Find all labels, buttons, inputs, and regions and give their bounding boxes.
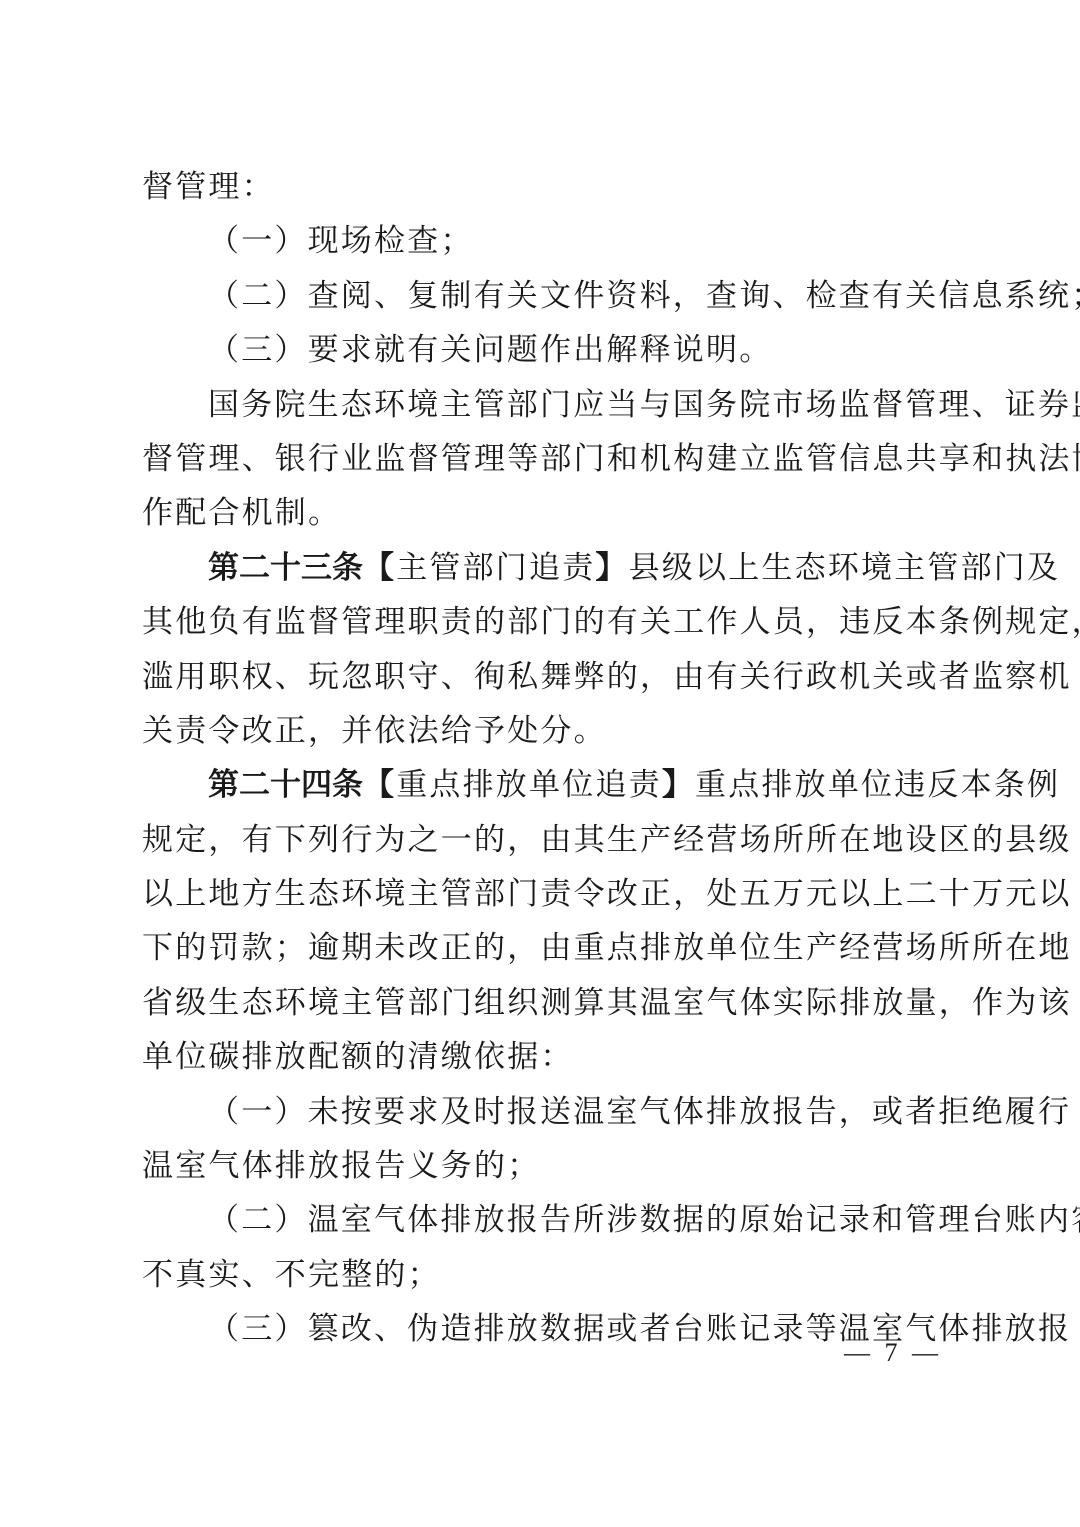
paragraph-line: 以上地方生态环境主管部门责令改正，处五万元以上二十万元以 [142,867,942,921]
article-text: 重点排放单位违反本条例 [695,767,1060,803]
page-number: — 7 — [838,1338,948,1368]
paragraph-line: 单位碳排放配额的清缴依据： [142,1030,942,1084]
bracket-open: 【 [363,767,396,803]
document-page: 督管理： （一）现场检查； （二）查阅、复制有关文件资料，查询、检查有关信息系统… [142,160,942,1357]
article-24-heading: 第二十四条【重点排放单位追责】重点排放单位违反本条例 [142,758,942,812]
bracket-close: 】 [595,550,628,586]
paragraph-line: 关责令改正，并依法给予处分。 [142,704,942,758]
paragraph-line: 国务院生态环境主管部门应当与国务院市场监督管理、证券监 [142,378,942,432]
list-item-2-first: （二）温室气体排放报告所涉数据的原始记录和管理台账内容 [142,1193,942,1247]
article-text: 县级以上生态环境主管部门及 [629,550,1061,586]
article-number: 第二十四条 [208,767,363,803]
list-item-2-rest: 不真实、不完整的； [142,1248,942,1302]
article-23-heading: 第二十三条【主管部门追责】县级以上生态环境主管部门及 [142,541,942,595]
article-title: 主管部门追责 [396,550,595,586]
paragraph-line: 滥用职权、玩忽职守、徇私舞弊的，由有关行政机关或者监察机 [142,650,942,704]
list-item-review-documents: （二）查阅、复制有关文件资料，查询、检查有关信息系统； [142,269,942,323]
paragraph-line: 督管理、银行业监督管理等部门和机构建立监管信息共享和执法协 [142,432,942,486]
list-item-inspection: （一）现场检查； [142,214,942,268]
paragraph-line: 下的罚款；逾期未改正的，由重点排放单位生产经营场所所在地 [142,921,942,975]
article-title: 重点排放单位追责 [396,767,662,803]
paragraph-line: 省级生态环境主管部门组织测算其温室气体实际排放量，作为该 [142,976,942,1030]
bracket-open: 【 [363,550,396,586]
list-item-1-rest: 温室气体排放报告义务的； [142,1139,942,1193]
bracket-close: 】 [662,767,695,803]
list-item-explanation: （三）要求就有关问题作出解释说明。 [142,323,942,377]
paragraph-line: 其他负有监督管理职责的部门的有关工作人员，违反本条例规定， [142,595,942,649]
article-number: 第二十三条 [208,550,363,586]
list-item-3-first: （三）篡改、伪造排放数据或者台账记录等温室气体排放报 [142,1302,942,1356]
list-item-1-first: （一）未按要求及时报送温室气体排放报告，或者拒绝履行 [142,1085,942,1139]
paragraph-line: 督管理： [142,160,942,214]
paragraph-line: 规定，有下列行为之一的，由其生产经营场所所在地设区的县级 [142,813,942,867]
paragraph-line: 作配合机制。 [142,486,942,540]
